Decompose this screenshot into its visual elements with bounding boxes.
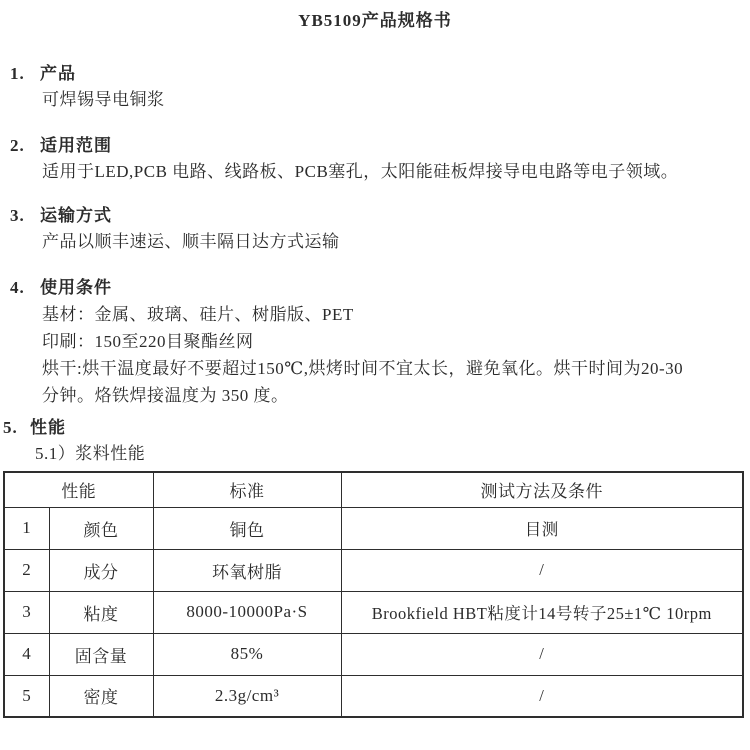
section-body-line: 适用于LED,PCB 电路、线路板、PCB塞孔，太阳能硅板焊接导电电路等电子领域… bbox=[0, 159, 750, 185]
table-row: 5 密度 2.3g/cm³ / bbox=[4, 675, 743, 717]
section-body-line: 基材：金属、玻璃、硅片、树脂版、PET bbox=[0, 301, 750, 328]
header-test-method: 测试方法及条件 bbox=[341, 472, 743, 507]
header-standard: 标准 bbox=[153, 472, 341, 507]
row-number-cell: 4 bbox=[4, 633, 49, 675]
standard-cell: 8000-10000Pa·S bbox=[153, 591, 341, 633]
section-number: 5. bbox=[3, 415, 30, 441]
standard-cell: 铜色 bbox=[153, 507, 341, 549]
section-label: 使用条件 bbox=[40, 275, 112, 301]
row-number-cell: 5 bbox=[4, 675, 49, 717]
property-cell: 粘度 bbox=[49, 591, 153, 633]
section-label: 产品 bbox=[40, 61, 76, 87]
document-title: YB5109产品规格书 bbox=[0, 0, 750, 33]
standard-cell: 2.3g/cm³ bbox=[153, 675, 341, 717]
row-number-cell: 2 bbox=[4, 549, 49, 591]
method-cell: / bbox=[341, 549, 743, 591]
table-row: 3 粘度 8000-10000Pa·S Brookfield HBT粘度计14号… bbox=[4, 591, 743, 633]
section-heading-performance: 5. 性能 bbox=[0, 415, 750, 441]
method-cell: / bbox=[341, 633, 743, 675]
subsection-paste-performance: 5.1）浆料性能 bbox=[0, 441, 750, 467]
method-cell: Brookfield HBT粘度计14号转子25±1℃ 10rpm bbox=[341, 591, 743, 633]
row-number-cell: 1 bbox=[4, 507, 49, 549]
section-application-scope: 2. 适用范围 适用于LED,PCB 电路、线路板、PCB塞孔，太阳能硅板焊接导… bbox=[0, 133, 750, 185]
property-cell: 固含量 bbox=[49, 633, 153, 675]
section-body-line: 产品以顺丰速运、顺丰隔日达方式运输 bbox=[0, 229, 750, 255]
row-number-cell: 3 bbox=[4, 591, 49, 633]
section-heading-shipping-method: 3. 运输方式 bbox=[0, 203, 750, 229]
paste-performance-table: 性能 标准 测试方法及条件 1 颜色 铜色 目测 2 成分 环氧树脂 / bbox=[3, 471, 744, 718]
section-label: 性能 bbox=[30, 415, 66, 441]
section-usage-conditions: 4. 使用条件 基材：金属、玻璃、硅片、树脂版、PET 印刷：150至220目聚… bbox=[0, 275, 750, 409]
section-number: 4. bbox=[10, 275, 40, 301]
property-cell: 密度 bbox=[49, 675, 153, 717]
section-performance: 5. 性能 5.1）浆料性能 性能 标准 测试方法及条件 1 bbox=[0, 415, 750, 718]
method-cell: / bbox=[341, 675, 743, 717]
section-label: 适用范围 bbox=[40, 133, 112, 159]
section-body-line: 可焊锡导电铜浆 bbox=[0, 87, 750, 113]
table-header-row: 性能 标准 测试方法及条件 bbox=[4, 472, 743, 507]
standard-cell: 环氧树脂 bbox=[153, 549, 341, 591]
property-cell: 颜色 bbox=[49, 507, 153, 549]
section-number: 1. bbox=[10, 61, 40, 87]
header-property: 性能 bbox=[4, 472, 153, 507]
table-row: 4 固含量 85% / bbox=[4, 633, 743, 675]
section-body-line: 烘干:烘干温度最好不要超过150℃,烘烤时间不宜太长，避免氧化。烘干时间为20-… bbox=[0, 355, 750, 382]
document-page: YB5109产品规格书 1. 产品 可焊锡导电铜浆 2. 适用范围 适用于LED… bbox=[0, 0, 750, 750]
table-row: 2 成分 环氧树脂 / bbox=[4, 549, 743, 591]
standard-cell: 85% bbox=[153, 633, 341, 675]
section-number: 2. bbox=[10, 133, 40, 159]
section-product: 1. 产品 可焊锡导电铜浆 bbox=[0, 61, 750, 113]
property-cell: 成分 bbox=[49, 549, 153, 591]
section-heading-product: 1. 产品 bbox=[0, 61, 750, 87]
section-label: 运输方式 bbox=[40, 203, 112, 229]
section-body-line: 印刷：150至220目聚酯丝网 bbox=[0, 328, 750, 355]
section-shipping-method: 3. 运输方式 产品以顺丰速运、顺丰隔日达方式运输 bbox=[0, 203, 750, 255]
table-row: 1 颜色 铜色 目测 bbox=[4, 507, 743, 549]
method-cell: 目测 bbox=[341, 507, 743, 549]
section-heading-application-scope: 2. 适用范围 bbox=[0, 133, 750, 159]
section-number: 3. bbox=[10, 203, 40, 229]
section-heading-usage-conditions: 4. 使用条件 bbox=[0, 275, 750, 301]
section-body-line: 分钟。烙铁焊接温度为 350 度。 bbox=[0, 382, 750, 409]
